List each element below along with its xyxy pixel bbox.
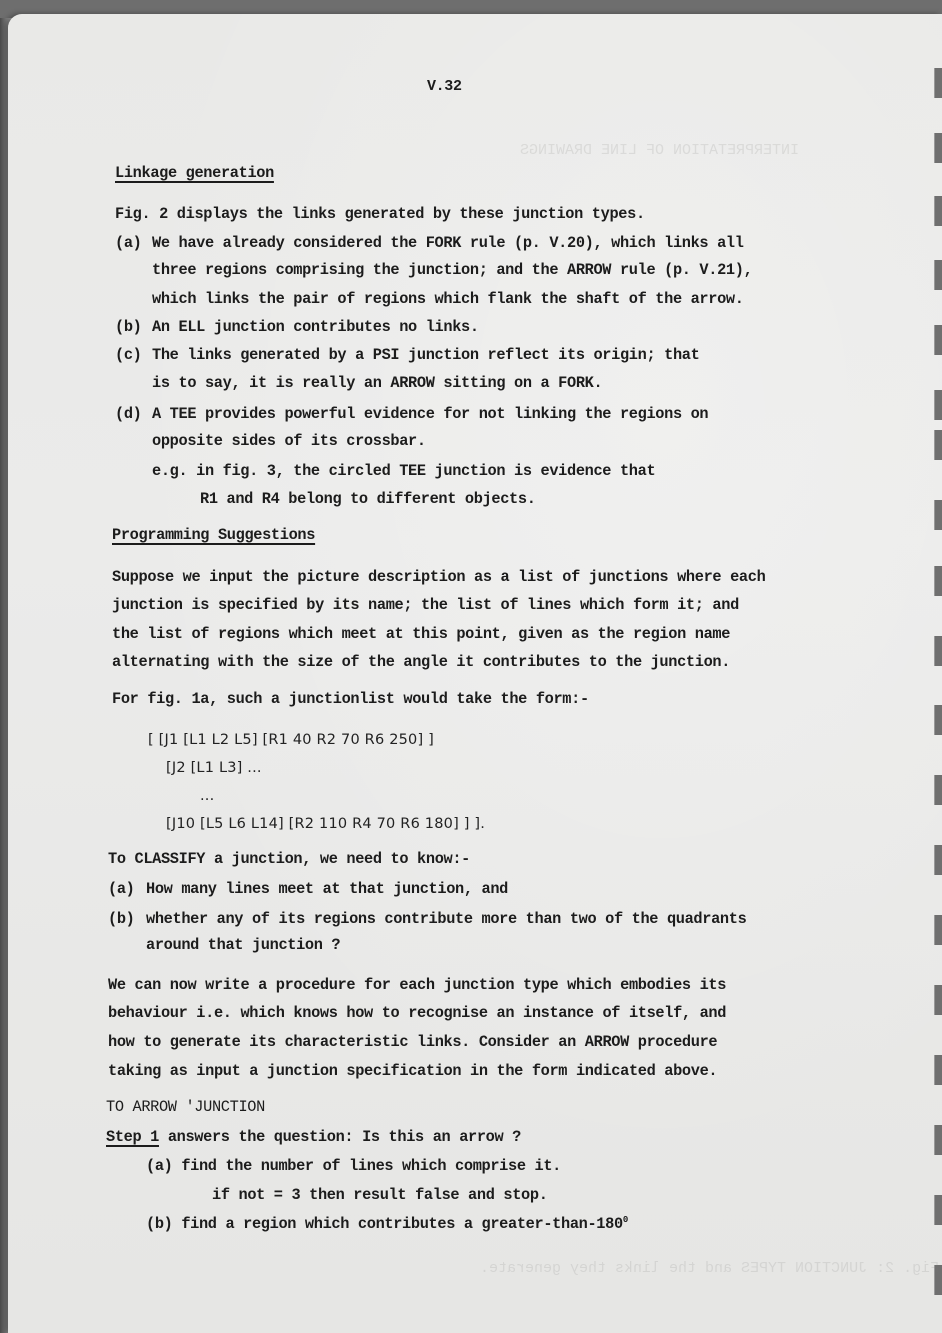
para1-line-1: Suppose we input the picture description… [112,568,765,586]
binding-hole [934,390,942,420]
item-a-line-2: three regions comprising the junction; a… [152,261,752,279]
step1-b: (b) find a region which contributes a gr… [146,1215,628,1233]
para3-line-1: We can now write a procedure for each ju… [108,976,726,994]
para3-line-2: behaviour i.e. which knows how to recogn… [108,1004,726,1022]
example-line-1: e.g. in fig. 3, the circled TEE junction… [152,462,655,480]
binding-holes [932,0,942,1333]
binding-hole [934,636,942,666]
step1-text: answers the question: Is this an arrow ? [159,1128,521,1146]
step1-b-text: (b) find a region which contributes a gr… [146,1215,623,1233]
binding-hole [934,133,942,163]
para1-line-2: junction is specified by its name; the l… [112,596,739,614]
step1-a: (a) find the number of lines which compr… [146,1157,561,1175]
binding-hole [934,260,942,290]
classify-b-line-1: whether any of its regions contribute mo… [146,910,746,928]
para1-line-3: the list of regions which meet at this p… [112,625,730,643]
step1-a-condition: if not = 3 then result false and stop. [212,1186,548,1204]
binding-hole [934,775,942,805]
step1-label: Step 1 [106,1128,159,1146]
item-label-a: (a) [115,234,142,252]
item-b-line-1: An ELL junction contributes no links. [152,318,479,336]
classify-label-a: (a) [108,880,135,898]
binding-hole [934,430,942,460]
binding-hole [934,1055,942,1085]
para2: For fig. 1a, such a junctionlist would t… [112,690,589,708]
page-number: V.32 [427,78,462,95]
binding-hole [934,500,942,530]
binding-hole [934,1125,942,1155]
step1-line: Step 1 answers the question: Is this an … [106,1128,521,1146]
classify-intro: To CLASSIFY a junction, we need to know:… [108,850,470,868]
bleed-through-title: INTERPRETATION OF LINE DRAWINGS [520,142,799,159]
procedure-header: TO ARROW 'JUNCTION [106,1098,265,1116]
binding-hole [934,845,942,875]
binding-hole [934,196,942,226]
binding-hole [934,915,942,945]
code-line-3: ... [200,788,214,804]
item-d-line-2: opposite sides of its crossbar. [152,432,426,450]
item-label-c: (c) [115,346,142,364]
para3-line-3: how to generate its characteristic links… [108,1033,717,1051]
example-line-2: R1 and R4 belong to different objects. [200,490,536,508]
binding-hole [934,705,942,735]
item-a-line-3: which links the pair of regions which fl… [152,290,744,308]
item-label-b: (b) [115,318,142,336]
section-heading-linkage: Linkage generation [115,164,274,182]
code-line-2: [J2 [L1 L3] ... [166,760,262,776]
item-label-d: (d) [115,405,142,423]
binding-hole [934,1195,942,1225]
classify-a-line-1: How many lines meet at that junction, an… [146,880,508,898]
binding-hole [934,68,942,98]
item-d-line-1: A TEE provides powerful evidence for not… [152,405,708,423]
binding-hole [934,985,942,1015]
code-line-4: [J10 [L5 L6 L14] [R2 110 R4 70 R6 180] ]… [166,816,485,832]
binding-hole [934,325,942,355]
binding-hole [934,566,942,596]
code-line-1: [ [J1 [L1 L2 L5] [R1 40 R2 70 R6 250] ] [148,732,434,748]
section-heading-programming: Programming Suggestions [112,526,315,544]
item-c-line-2: is to say, it is really an ARROW sitting… [152,374,602,392]
para1-line-4: alternating with the size of the angle i… [112,653,730,671]
classify-b-line-2: around that junction ? [146,936,340,954]
degree-superscript: 0 [623,1215,628,1225]
classify-label-b: (b) [108,910,135,928]
bleed-through-caption: Fig. 2: JUNCTION TYPES and the links the… [480,1260,939,1277]
section1-intro: Fig. 2 displays the links generated by t… [115,205,645,223]
item-a-line-1: We have already considered the FORK rule… [152,234,744,252]
item-c-line-1: The links generated by a PSI junction re… [152,346,699,364]
para3-line-4: taking as input a junction specification… [108,1062,717,1080]
